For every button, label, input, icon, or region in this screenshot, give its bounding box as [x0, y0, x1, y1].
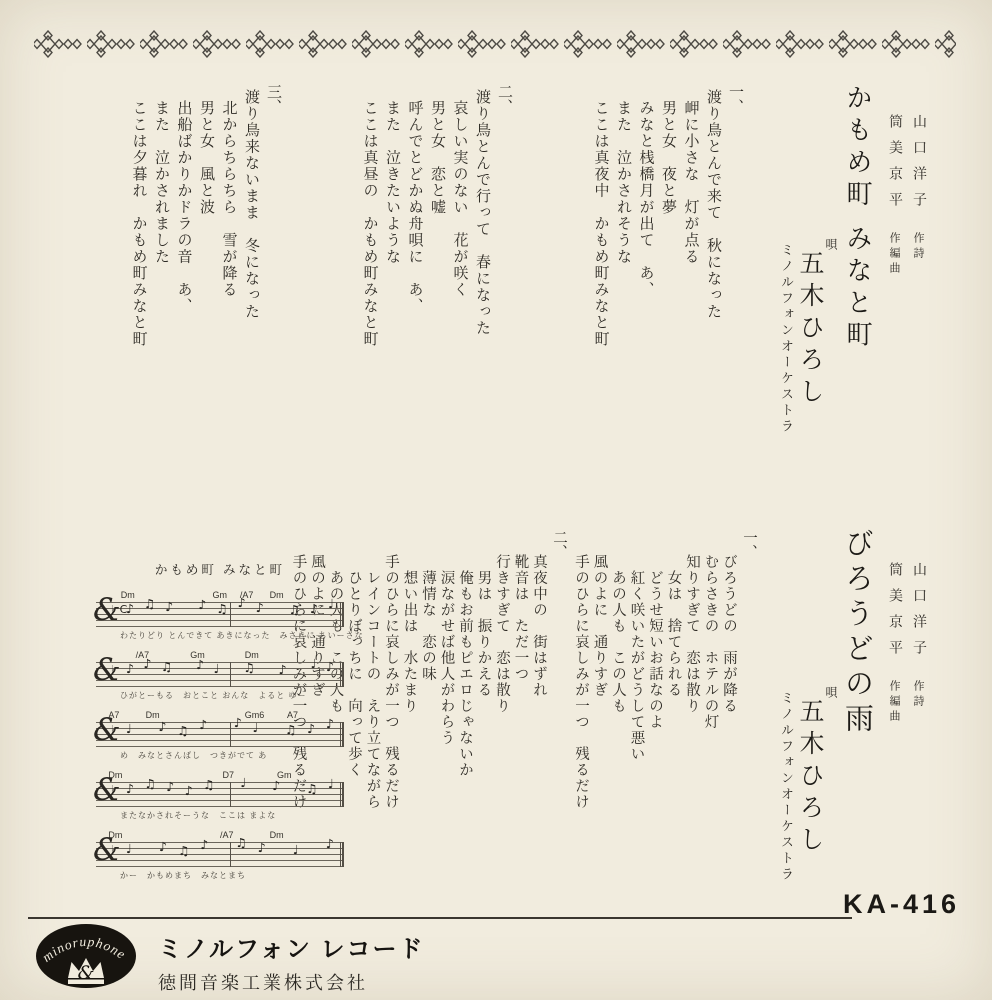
lyric-line: 岬に小さな 灯が点る — [679, 84, 702, 444]
catalog-number: KA-416 — [843, 889, 960, 920]
label-name: ミノルフォン レコード — [158, 929, 425, 964]
note-icon: ♪ — [310, 603, 318, 616]
song1-verse-2: 二、 渡り鳥とんで行って 春になった哀しい実のない 花が咲く男と女 恋と嘘呼んで… — [358, 84, 515, 444]
staff-lines: &♭ C♪♫♪♪♫♪♪♫♪♩ — [96, 602, 344, 627]
note-icon: ♪ — [166, 781, 174, 794]
staff-row: A7DmGm6A7&♭♩♪♫♪♪♩♫♪♪め みなとさんばし つきがでて あ — [96, 710, 344, 761]
note-icon: ♩ — [253, 722, 259, 735]
verse-number: 二、 — [548, 530, 570, 890]
treble-clef-icon: & — [93, 775, 121, 806]
note-icon: ♫ — [144, 598, 155, 611]
lyric-line: ひとりぼっちに 向って歩く — [345, 530, 364, 890]
record-sleeve-back: 山口洋子作詩 筒美京平作編曲 かもめ町 みなと町 唄 五木ひろし ミノルフォンオ… — [0, 0, 992, 1000]
credit-composer: 筒美京平作編曲 — [882, 560, 906, 880]
note-icon: ♫ — [243, 662, 254, 675]
barline — [340, 782, 341, 807]
treble-clef-icon: & — [93, 835, 121, 866]
lyric-line: また 泣かされました — [150, 84, 173, 444]
barline — [342, 782, 344, 807]
note-icon: ♫ — [289, 604, 300, 617]
lyricist-role: 作詩 — [912, 680, 924, 710]
song2-verse-1: 一、 びろうどの 雨が降るむらさきの ホテルの灯知りすぎて 恋は散り 女は 捨て… — [572, 530, 761, 890]
key-signature: ♭ — [111, 783, 116, 796]
composer-role: 作編曲 — [888, 680, 900, 725]
note-icon: ♪ — [256, 602, 264, 615]
staff-row: DmGm/A7Dm&♭ C♪♫♪♪♫♪♪♫♪♩わたりどり とんできて あきになっ… — [96, 590, 344, 641]
verse-number: 二、 — [493, 84, 515, 444]
staff-lyrics: かー かもめまち みなとまち — [120, 870, 344, 881]
key-signature: ♭ — [111, 723, 116, 736]
note-icon: ♩ — [293, 844, 299, 857]
lyric-line: 女は 捨てられる — [664, 530, 683, 890]
barline — [340, 722, 341, 747]
barline — [230, 602, 231, 627]
lyric-line: 行きすぎて 恋は散り — [493, 530, 512, 890]
lyric-line: ここは真昼の かもめ町みなと町 — [358, 84, 381, 444]
credit-composer: 筒美京平作編曲 — [882, 112, 906, 432]
staff-lyrics: ひがとーもる おとこと おんな よると ゆー — [120, 690, 344, 701]
note-icon: ♪ — [198, 599, 206, 612]
note-icon: ♫ — [178, 845, 189, 858]
song1-orchestra: ミノルフォンオーケストラ — [777, 243, 796, 435]
note-icon: ♪ — [159, 721, 167, 734]
lyric-line: また 泣かされそうな — [612, 84, 635, 444]
note-icon: ♩ — [214, 663, 220, 676]
lyric-line: ここは真夜中 かもめ町みなと町 — [589, 84, 612, 444]
lyric-line: 手のひらに哀しみが一つ 残るだけ — [382, 530, 401, 890]
barline — [342, 602, 344, 627]
lyric-line: 渡り鳥とんで来て 秋になった — [702, 84, 725, 444]
key-signature: ♭ — [111, 843, 116, 856]
staff-row: Dm/A7Dm&♭♩♪♫♪♫♪♩♪かー かもめまち みなとまち — [96, 830, 344, 881]
staff-row: /A7GmDm&♭♪♪♫♪♩♫♪♩♪ひがとーもる おとこと おんな よると ゆー — [96, 650, 344, 701]
note-icon: ♩ — [328, 598, 334, 611]
lyric-line: 男と女 風と波 — [195, 84, 218, 444]
verse-number: 三、 — [262, 84, 284, 444]
lyric-line: 北からちらちら 雪が降る — [217, 84, 240, 444]
note-icon: ♫ — [144, 778, 155, 791]
company-name: 徳間音楽工業株式会社 — [158, 969, 425, 995]
note-icon: ♫ — [306, 783, 317, 796]
credit-lyricist: 山口洋子作詩 — [906, 112, 930, 432]
singer-label: 唄 — [823, 236, 838, 496]
sheet-music-staves: DmGm/A7Dm&♭ C♪♫♪♪♫♪♪♫♪♩わたりどり とんできて あきになっ… — [96, 590, 344, 881]
lyric-line: 知りすぎて 恋は散り — [683, 530, 702, 890]
lyric-line: 男と女 夜と夢 — [657, 84, 680, 444]
barline — [230, 842, 231, 867]
note-icon: ♪ — [200, 839, 208, 852]
staff-lyrics: め みなとさんばし つきがでて あ — [120, 750, 344, 761]
lyric-line: 薄情な 恋の味 — [419, 530, 438, 890]
lyric-line: 涙ながせば他人がわらう — [437, 530, 456, 890]
note-icon: ♪ — [185, 785, 193, 798]
note-icon: ♫ — [177, 725, 188, 738]
lyric-line: 風のよに 通りすぎ — [590, 530, 609, 890]
barline — [230, 722, 231, 747]
note-icon: ♪ — [126, 663, 134, 676]
lyric-line: 紅く咲いたがどうして悪い — [627, 530, 646, 890]
note-icon: ♩ — [311, 658, 317, 671]
note-icon: ♫ — [216, 603, 227, 616]
song1-singer: 唄 五木ひろし — [795, 236, 838, 496]
lyric-line: 俺もお前もピエロじゃないか — [456, 530, 475, 890]
lyricist-role: 作詩 — [912, 232, 924, 262]
lyric-line: 男は 振りかえる — [474, 530, 493, 890]
note-icon: ♪ — [165, 601, 173, 614]
lyricist-name: 山口洋子 — [911, 562, 926, 666]
note-icon: ♩ — [240, 777, 246, 790]
lyric-line: 靴音は ただ一つ — [511, 530, 530, 890]
lyric-line: どうせ短いお話なのよ — [646, 530, 665, 890]
treble-clef-icon: & — [93, 715, 121, 746]
note-icon: ♫ — [235, 837, 246, 850]
lyric-line: みなと桟橋月が出て あ、 — [634, 84, 657, 444]
note-icon: ♪ — [234, 717, 242, 730]
lyricist-name: 山口洋子 — [911, 114, 926, 218]
note-icon: ♩ — [328, 778, 334, 791]
lyric-line: 出船ばかりかドラの音 あ、 — [172, 84, 195, 444]
sheet-music-title: かもめ町 みなと町 — [96, 560, 344, 578]
note-icon: ♪ — [126, 603, 134, 616]
lyric-line: 男と女 恋と嘘 — [426, 84, 449, 444]
note-icon: ♪ — [326, 718, 334, 731]
lyric-line: レインコートの えり立てながら — [363, 530, 382, 890]
singer-label: 唄 — [823, 684, 838, 944]
singer-name: 五木ひろし — [795, 236, 823, 496]
note-icon: ♫ — [203, 779, 214, 792]
credit-lyricist: 山口洋子作詩 — [906, 560, 930, 880]
key-signature: ♭ — [111, 663, 116, 676]
song2-singer: 唄 五木ひろし — [795, 684, 838, 944]
clef-icon: & — [78, 962, 95, 984]
lyric-line: 渡り鳥来ないまま 冬になった — [240, 84, 263, 444]
composer-name: 筒美京平 — [887, 562, 902, 666]
staff-lines: &♭♩♪♫♪♪♩♫♪♪ — [96, 722, 344, 747]
song2-orchestra: ミノルフォンオーケストラ — [777, 691, 796, 883]
staff-lines: &♭♩♪♫♪♫♪♩♪ — [96, 842, 344, 867]
note-icon: ♪ — [159, 841, 167, 854]
lyric-line: また 泣きたいような — [381, 84, 404, 444]
lyric-line: 想い出は 水たまり — [400, 530, 419, 890]
note-icon: ♪ — [326, 838, 334, 851]
lyric-line: びろうどの 雨が降る — [720, 530, 739, 890]
staff-lines: &♭♪♫♪♪♫♩♪♫♩ — [96, 782, 344, 807]
lyric-line: あの人も この人も — [609, 530, 628, 890]
song1-title: かもめ町 みなと町 — [839, 84, 876, 353]
barline — [230, 662, 231, 687]
barline — [342, 722, 344, 747]
barline — [340, 602, 341, 627]
note-icon: ♪ — [196, 659, 204, 672]
note-icon: ♪ — [126, 783, 134, 796]
staff-row: DmD7Gm&♭♪♫♪♪♫♩♪♫♩またなかされそーうな ここは まよな — [96, 770, 344, 821]
treble-clef-icon: & — [93, 655, 121, 686]
footer-rule — [28, 917, 852, 919]
song1-credits: 山口洋子作詩 筒美京平作編曲 — [882, 112, 930, 432]
barline — [342, 842, 344, 867]
key-signature: ♭ C — [111, 603, 127, 616]
composer-name: 筒美京平 — [887, 114, 902, 218]
barline — [230, 782, 231, 807]
composer-role: 作編曲 — [888, 232, 900, 277]
staff-lyrics: またなかされそーうな ここは まよな — [120, 810, 344, 821]
lyric-line: 渡り鳥とんで行って 春になった — [471, 84, 494, 444]
lyric-line: 真夜中の 街はずれ — [530, 530, 549, 890]
label-brand: ミノルフォン レコード 徳間音楽工業株式会社 — [158, 929, 425, 995]
lyric-line: むらさきの ホテルの灯 — [701, 530, 720, 890]
sheet-music: かもめ町 みなと町 DmGm/A7Dm&♭ C♪♫♪♪♫♪♪♫♪♩わたりどり と… — [96, 560, 344, 865]
song2-title: びろうどの雨 — [837, 528, 878, 738]
note-icon: ♫ — [285, 724, 296, 737]
note-icon: ♪ — [307, 723, 315, 736]
staff-lyrics: わたりどり とんできて あきになった みさきに ちいーさな — [120, 630, 344, 641]
note-icon: ♪ — [143, 658, 151, 671]
lyric-line: 手のひらに哀しみが一つ 残るだけ — [572, 530, 591, 890]
note-icon: ♪ — [279, 664, 287, 677]
ornamental-border — [34, 30, 956, 58]
barline — [342, 662, 344, 687]
lyric-line: ここは夕暮れ かもめ町みなと町 — [127, 84, 150, 444]
song1-verse-3: 三、 渡り鳥来ないまま 冬になった北からちらちら 雪が降る男と女 風と波出船ばか… — [127, 84, 284, 444]
song2-credits: 山口洋子作詩 筒美京平作編曲 — [882, 560, 930, 880]
note-icon: ♩ — [126, 843, 132, 856]
staff-lines: &♭♪♪♫♪♩♫♪♩♪ — [96, 662, 344, 687]
lyric-line: 呼んでとどかぬ舟唄に あ、 — [403, 84, 426, 444]
verse-number: 一、 — [724, 84, 746, 444]
note-icon: ♩ — [126, 723, 132, 736]
note-icon: ♪ — [258, 842, 266, 855]
note-icon: ♪ — [272, 780, 280, 793]
note-icon: ♪ — [326, 661, 334, 674]
barline — [340, 842, 341, 867]
verse-number: 一、 — [738, 530, 760, 890]
note-icon: ♪ — [238, 597, 246, 610]
note-icon: ♫ — [161, 661, 172, 674]
song1-verse-1: 一、 渡り鳥とんで来て 秋になった岬に小さな 灯が点る男と女 夜と夢みなと桟橋月… — [589, 84, 746, 444]
note-icon: ♪ — [199, 719, 207, 732]
barline — [340, 662, 341, 687]
singer-name: 五木ひろし — [795, 684, 823, 944]
lyric-line: 哀しい実のない 花が咲く — [448, 84, 471, 444]
minoruphone-logo: minoruphone & — [34, 922, 138, 990]
